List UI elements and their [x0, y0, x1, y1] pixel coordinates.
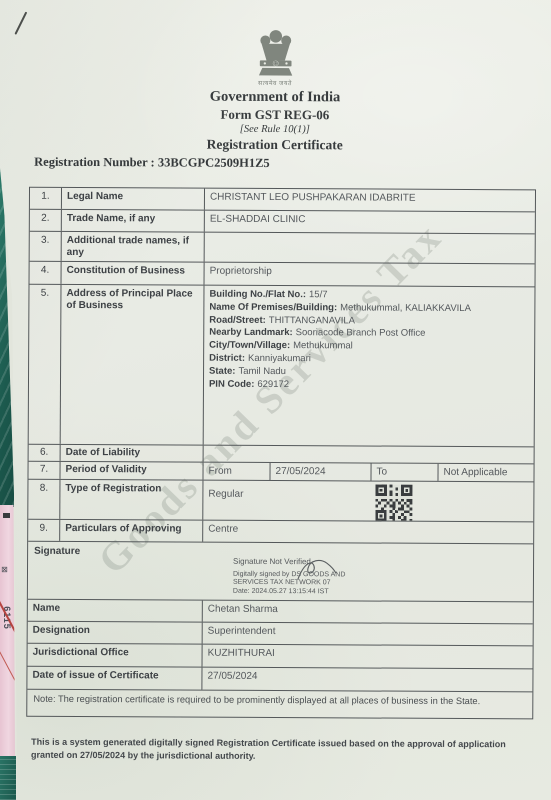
row-value: [205, 233, 535, 264]
row-label: Trade Name, if any: [62, 210, 205, 232]
row-number: 2.: [30, 210, 62, 231]
row-number: 8.: [28, 480, 60, 519]
row-label: Additional trade names, if any: [62, 232, 205, 262]
table-row-additional-trade-names: 3. Additional trade names, if any: [30, 232, 535, 265]
detail-value: KUZHITHURAI: [203, 645, 533, 669]
registration-number-value: 33BCGPC2509H1Z5: [158, 155, 270, 170]
address-line: Name Of Premises/Building:Methukummal, K…: [209, 301, 529, 315]
certificate-title: Registration Certificate: [0, 136, 550, 155]
background-envelope-edge: ⊠ 6115: [0, 505, 15, 758]
detail-label: Jurisdictional Office: [28, 644, 203, 667]
registration-number-label: Registration Number :: [34, 155, 155, 170]
row-number: 7.: [28, 462, 60, 479]
rule-reference: [See Rule 10(1)]: [0, 123, 550, 137]
row-value: [204, 446, 534, 464]
row-label: Date of Liability: [61, 445, 204, 462]
period-from-label: From: [203, 463, 270, 480]
detail-row-designation: Designation Superintendent: [28, 622, 533, 647]
period-from-value: 27/05/2024: [270, 463, 371, 481]
envelope-stamp-mark: [3, 513, 10, 518]
detail-row-jurisdictional-office: Jurisdictional Office KUZHITHURAI: [28, 644, 533, 670]
detail-value: Chetan Sharma: [203, 601, 533, 624]
detail-label: Designation: [28, 622, 203, 644]
government-of-india-heading: Government of India: [0, 88, 551, 108]
table-row-trade-name: 2. Trade Name, if any EL-SHADDAI CLINIC: [30, 210, 535, 235]
row-number: 4.: [30, 262, 62, 284]
emblem-motto: सत्यमेव जयते: [0, 78, 551, 89]
registration-number-line: Registration Number : 33BCGPC2509H1Z5: [34, 155, 270, 171]
row-label: Particulars of Approving: [60, 520, 203, 542]
detail-label: Name: [28, 600, 203, 622]
signature-row: Signature Signature Not Verified Digital…: [28, 542, 533, 603]
row-number: 6.: [29, 445, 61, 461]
row-value: Proprietorship: [205, 263, 535, 287]
row-value: EL-SHADDAI CLINIC: [205, 211, 535, 234]
table-row-particulars-of-approving: 9. Particulars of Approving Centre: [28, 520, 533, 545]
table-row-legal-name: 1. Legal Name CHRISTANT LEO PUSHPAKARAN …: [30, 188, 535, 213]
red-line-decoration: [0, 648, 16, 682]
row-number: 3.: [30, 232, 62, 261]
period-to-value: Not Applicable: [438, 464, 533, 481]
signature-label: Signature: [34, 546, 80, 557]
note-row: Note: The registration certificate is re…: [27, 690, 532, 719]
address-block: Building No./Flat No.:15/7 Name Of Premi…: [204, 286, 535, 447]
period-to-label: To: [371, 464, 438, 481]
table-row-constitution: 4. Constitution of Business Proprietorsh…: [30, 262, 535, 288]
detail-row-name: Name Chetan Sharma: [28, 600, 533, 625]
note-text: Note: The registration certificate is re…: [27, 690, 532, 719]
background-book-edge-bottom: [0, 756, 16, 800]
row-value: Centre: [203, 521, 533, 544]
certificate-content: Goods and Services Tax: [0, 0, 551, 800]
row-label: Type of Registration: [60, 480, 203, 520]
pen-slash-mark: [14, 12, 27, 35]
table-row-type-of-registration: 8. Type of Registration Regular: [28, 480, 533, 523]
signature-squiggle-icon: [296, 555, 338, 588]
certificate-table: 1. Legal Name CHRISTANT LEO PUSHPAKARAN …: [26, 187, 536, 720]
row-number: 1.: [30, 188, 62, 209]
qr-code: [375, 485, 412, 522]
row-number: 9.: [28, 520, 60, 541]
row-number: 5.: [29, 285, 62, 444]
row-label: Address of Principal Place of Business: [61, 285, 205, 445]
certificate-paper: Goods and Services Tax: [0, 0, 551, 800]
detail-label: Date of issue of Certificate: [27, 667, 202, 690]
detail-value: Superintendent: [203, 623, 533, 646]
envelope-icon: ⊠: [0, 566, 9, 573]
detail-row-date-of-issue: Date of issue of Certificate 27/05/2024: [27, 667, 532, 693]
row-label: Constitution of Business: [62, 262, 205, 285]
row-value: Regular: [203, 481, 533, 522]
row-label: Legal Name: [62, 188, 205, 210]
system-generated-footer: This is a system generated digitally sig…: [31, 736, 523, 765]
photo-scene: ⊠ 6115 Goods and Services Tax: [0, 0, 551, 800]
detail-value: 27/05/2024: [202, 668, 532, 692]
address-line: PIN Code:629172: [209, 378, 529, 392]
row-label: Period of Validity: [60, 462, 203, 480]
india-emblem-icon: [250, 27, 300, 84]
form-heading: Form GST REG-06: [0, 106, 550, 125]
table-row-address: 5. Address of Principal Place of Busines…: [29, 285, 535, 448]
period-cells: From 27/05/2024 To Not Applicable: [203, 463, 533, 482]
row-value: CHRISTANT LEO PUSHPAKARAN IDABRITE: [205, 189, 535, 212]
